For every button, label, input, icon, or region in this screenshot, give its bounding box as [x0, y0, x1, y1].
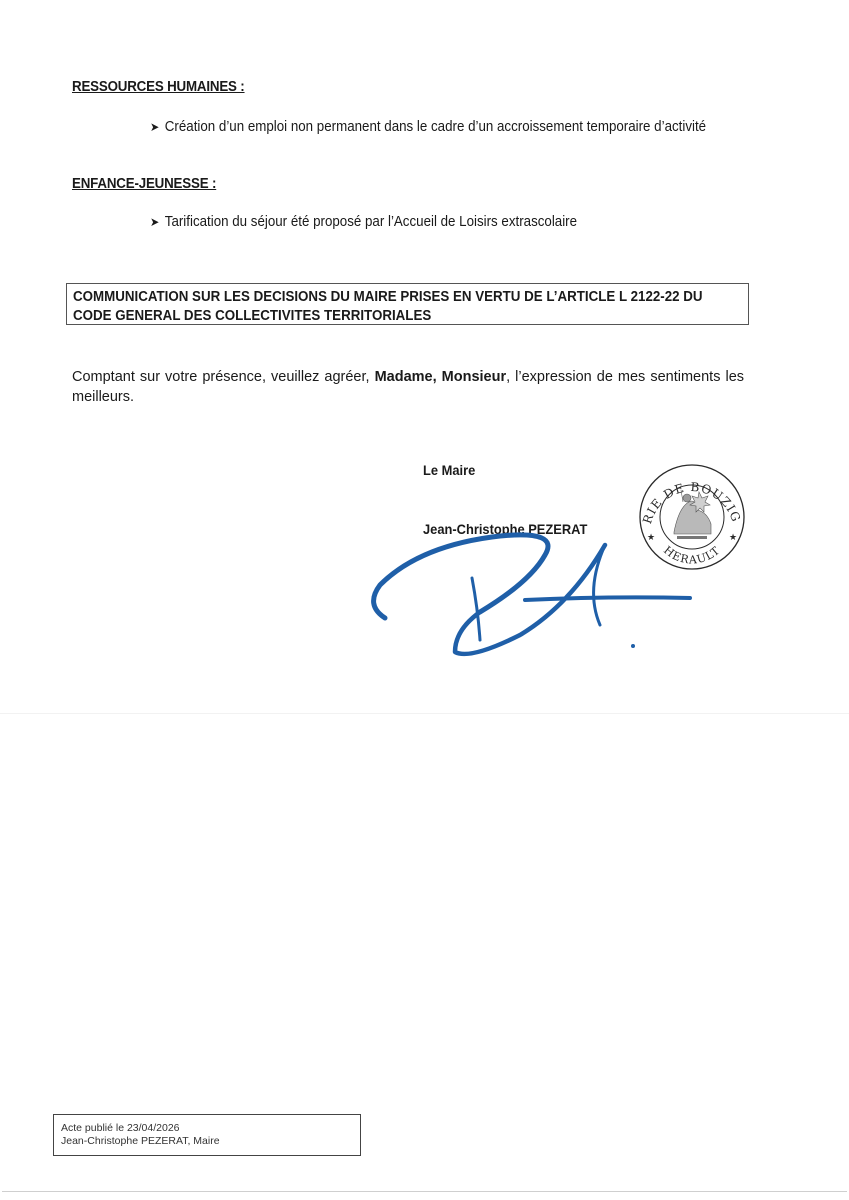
- svg-text:★: ★: [729, 532, 737, 542]
- salutation: Madame, Monsieur: [375, 369, 507, 385]
- communication-line-2: CODE GENERAL DES COLLECTIVITES TERRITORI…: [73, 307, 745, 326]
- page-divider: [0, 713, 849, 714]
- arrow-right-icon: ➤: [150, 120, 159, 134]
- section-rh-heading: RESSOURCES HUMAINES :: [72, 79, 245, 95]
- section-enfance-item: ➤Tarification du séjour été proposé par …: [150, 214, 577, 230]
- section-rh-item: ➤Création d’un emploi non permanent dans…: [150, 119, 706, 135]
- publication-box: Acte publié le 23/04/2026 Jean-Christoph…: [53, 1114, 361, 1156]
- bottom-rule: [2, 1191, 847, 1192]
- publication-date: Acte publié le 23/04/2026: [61, 1122, 353, 1135]
- arrow-right-icon: ➤: [150, 215, 159, 229]
- publication-signer: Jean-Christophe PEZERAT, Maire: [61, 1135, 353, 1148]
- communication-line-1: COMMUNICATION SUR LES DECISIONS DU MAIRE…: [73, 288, 745, 307]
- signer-title: Le Maire: [423, 462, 475, 478]
- closing-paragraph: Comptant sur votre présence, veuillez ag…: [72, 367, 744, 407]
- communication-box: COMMUNICATION SUR LES DECISIONS DU MAIRE…: [66, 283, 749, 325]
- handwritten-signature: [360, 520, 700, 670]
- section-enfance-heading: ENFANCE-JEUNESSE :: [72, 176, 216, 192]
